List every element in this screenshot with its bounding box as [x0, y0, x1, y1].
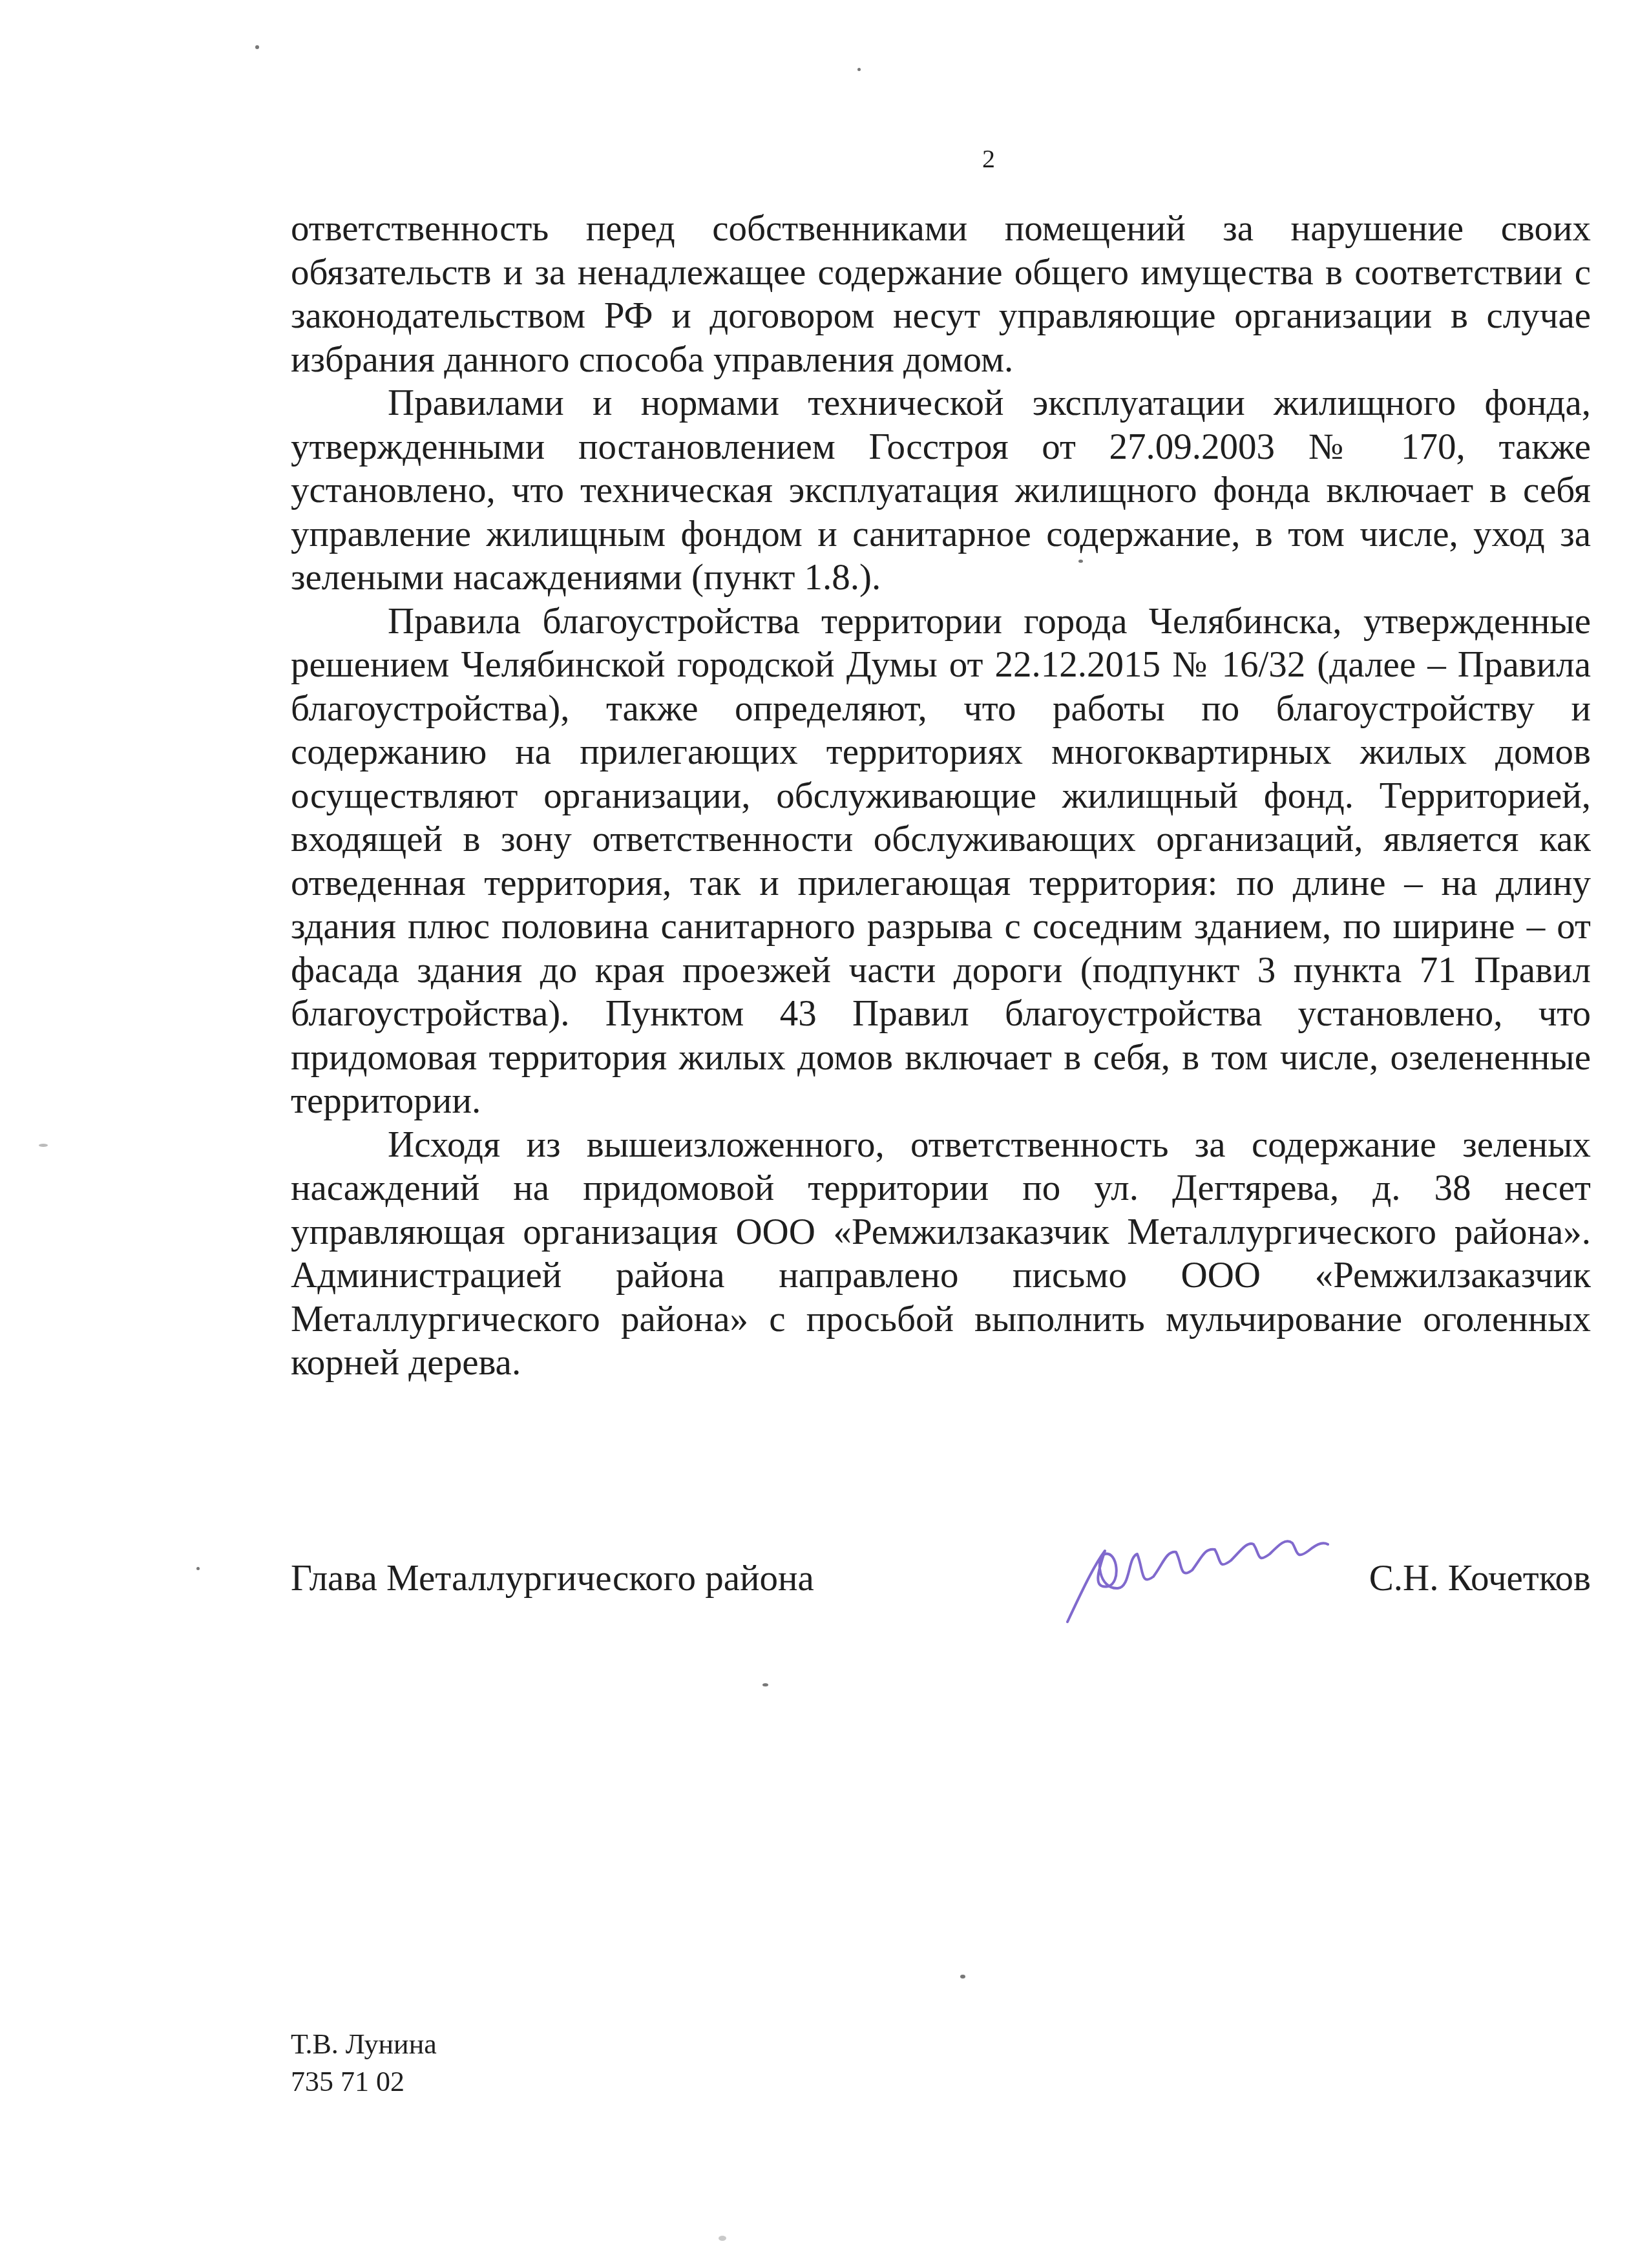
handwritten-signature-icon: [1060, 1525, 1331, 1628]
paragraph-improvement-rules: Правила благоустройства территории город…: [291, 600, 1591, 1123]
scan-speck: [255, 45, 259, 49]
scan-speck: [960, 1975, 965, 1979]
scan-speck: [1078, 560, 1083, 563]
executor-phone: 735 71 02: [291, 2063, 437, 2101]
page-number: 2: [0, 143, 1649, 174]
scan-speck: [762, 1683, 768, 1686]
paragraph-gosstroy-rules: Правилами и нормами технической эксплуат…: [291, 381, 1591, 600]
executor-info: Т.В. Лунина 735 71 02: [291, 2026, 437, 2101]
scan-speck: [196, 1567, 200, 1570]
letter-body: ответственность перед собственниками пом…: [291, 207, 1591, 1385]
signatory-position: Глава Металлургического района: [291, 1557, 814, 1599]
scan-speck: [39, 1144, 48, 1147]
signature-block: Глава Металлургического района С.Н. Коче…: [291, 1551, 1591, 1628]
signatory-name: С.Н. Кочетков: [1369, 1557, 1591, 1599]
scan-speck: [857, 68, 861, 71]
executor-name: Т.В. Лунина: [291, 2026, 437, 2063]
paragraph-conclusion: Исходя из вышеизложенного, ответственнос…: [291, 1123, 1591, 1385]
scan-speck: [719, 2236, 726, 2241]
paragraph-responsibility-continuation: ответственность перед собственниками пом…: [291, 207, 1591, 381]
